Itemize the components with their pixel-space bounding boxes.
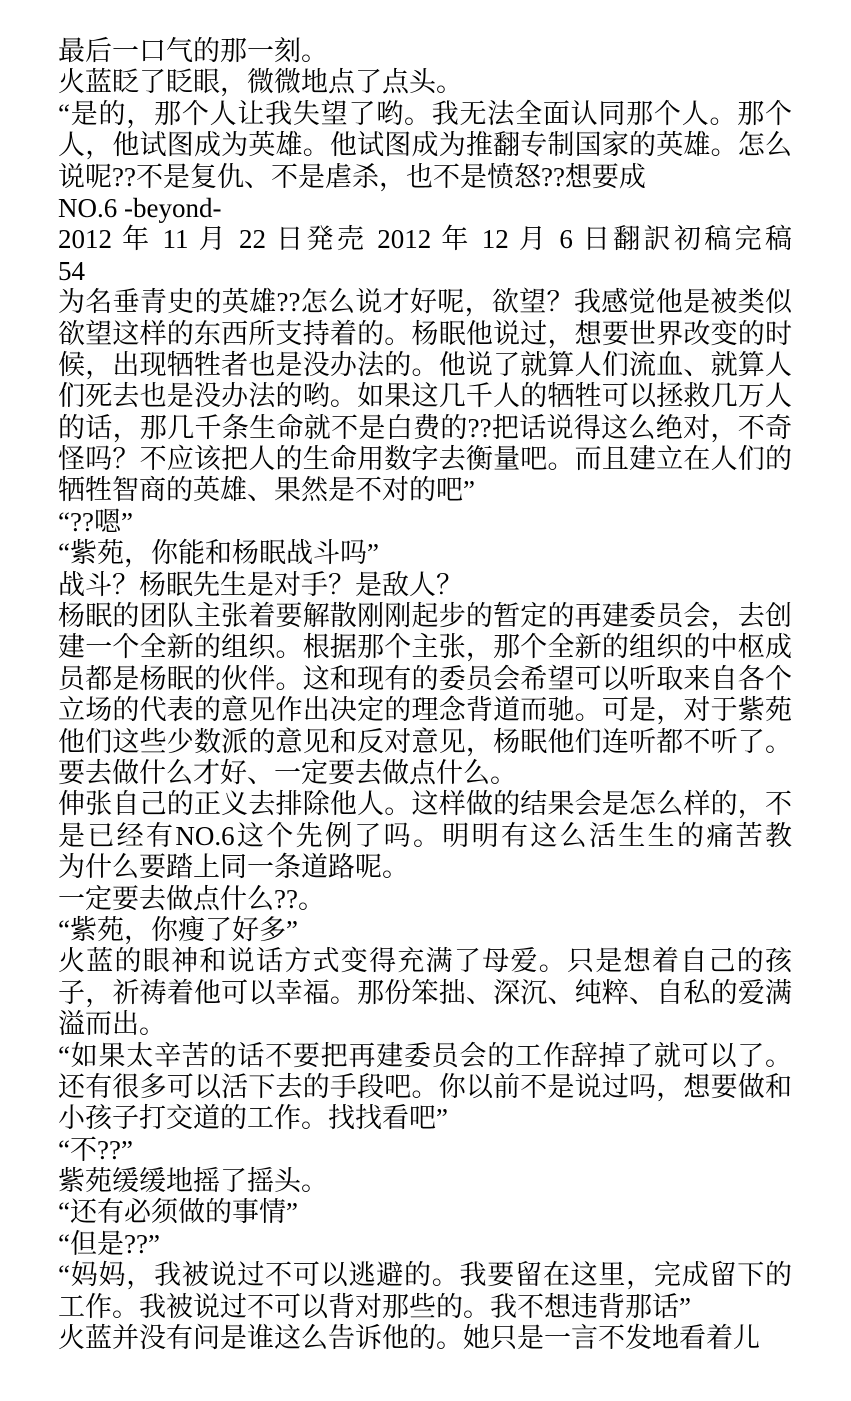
text-line: “紫苑，你能和杨眠战斗吗” [58,538,792,569]
text-line: 紫苑缓缓地摇了摇头。 [58,1166,792,1197]
text-line: “??嗯” [58,507,792,538]
text-line: 溢而出。 [58,1009,792,1040]
text-line: 候，出现牺牲者也是没办法的。他说了就算人们流血、就算人 [58,350,792,381]
text-line: 的话，那几千条生命就不是白费的??把话说得这么绝对，不奇 [58,413,792,444]
text-line: 火蓝的眼神和说话方式变得充满了母爱。只是想着自己的孩 [58,946,792,977]
text-line: “妈妈，我被说过不可以逃避的。我要留在这里，完成留下的 [58,1260,792,1291]
text-block: 最后一口气的那一刻。 火蓝眨了眨眼，微微地点了点头。 “是的，那个人让我失望了哟… [58,36,792,1354]
text-line: 是已经有NO.6这个先例了吗。明明有这么活生生的痛苦教训， [58,821,792,852]
text-line: 火蓝眨了眨眼，微微地点了点头。 [58,67,792,98]
text-line: 工作。我被说过不可以背对那些的。我不想违背那话” [58,1292,792,1323]
text-line: 子，祈祷着他可以幸福。那份笨拙、深沉、纯粹、自私的爱满 [58,978,792,1009]
text-line: 为名垂青史的英雄??怎么说才好呢，欲望？我感觉他是被类似 [58,287,792,318]
text-line: 立场的代表的意见作出决定的理念背道而驰。可是，对于紫苑 [58,695,792,726]
text-line: “还有必须做的事情” [58,1197,792,1228]
text-line: 杨眠的团队主张着要解散刚刚起步的暂定的再建委员会，去创 [58,601,792,632]
text-line: 为什么要踏上同一条道路呢。 [58,852,792,883]
text-line: 一定要去做点什么??。 [58,884,792,915]
text-line: 建一个全新的组织。根据那个主张，那个全新的组织的中枢成 [58,632,792,663]
text-line: 还有很多可以活下去的手段吧。你以前不是说过吗，想要做和 [58,1072,792,1103]
text-line: “不??” [58,1135,792,1166]
text-line: 火蓝并没有问是谁这么告诉他的。她只是一言不发地看着儿 [58,1323,792,1354]
text-line: 伸张自己的正义去排除他人。这样做的结果会是怎么样的，不 [58,789,792,820]
text-line: 人，他试图成为英雄。他试图成为推翻专制国家的英雄。怎么 [58,130,792,161]
text-line: 他们这些少数派的意见和反对意见，杨眠他们连听都不听了。 [58,727,792,758]
text-line: 战斗？杨眠先生是对手？是敌人？ [58,570,792,601]
text-line: 小孩子打交道的工作。找找看吧” [58,1103,792,1134]
book-title-line: NO.6 -beyond- [58,193,792,224]
text-line: 欲望这样的东西所支持着的。杨眠他说过，想要世界改变的时 [58,319,792,350]
text-line: “紫苑，你瘦了好多” [58,915,792,946]
text-line: “是的，那个人让我失望了哟。我无法全面认同那个人。那个 [58,99,792,130]
text-line: 怪吗？不应该把人的生命用数字去衡量吧。而且建立在人们的 [58,444,792,475]
text-line: 说呢??不是复仇、不是虐杀，也不是愤怒??想要成 [58,162,792,193]
text-line: “如果太辛苦的话不要把再建委员会的工作辞掉了就可以了。 [58,1041,792,1072]
text-line: 员都是杨眠的伙伴。这和现有的委员会希望可以听取来自各个 [58,664,792,695]
page-number-line: 54 [58,256,792,287]
text-line: 牺牲智商的英雄、果然是不对的吧” [58,475,792,506]
text-line: “但是??” [58,1229,792,1260]
text-line: 要去做什么才好、一定要去做点什么。 [58,758,792,789]
text-line: 最后一口气的那一刻。 [58,36,792,67]
text-line: 们死去也是没办法的哟。如果这几千人的牺牲可以拯救几万人 [58,381,792,412]
document-page: 最后一口气的那一刻。 火蓝眨了眨眼，微微地点了点头。 “是的，那个人让我失望了哟… [0,0,851,1401]
release-date-line: 2012 年 11 月 22 日発売 2012 年 12 月 6 日翻訳初稿完稿 [58,224,792,255]
